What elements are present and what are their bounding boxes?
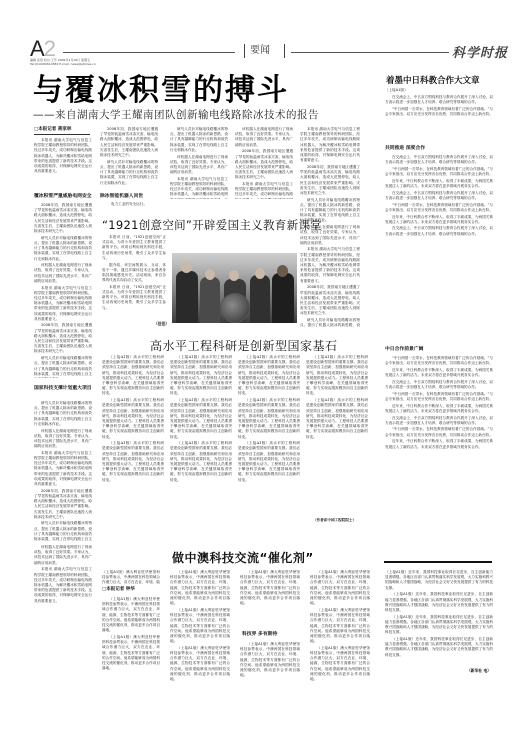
lead-col1-intro: 本报讯 湖南大学电气与信息工程学院王耀南教授领导的科研团队，经过多年攻关，成功研…	[34, 138, 92, 186]
bottom-col-1: （上接A1版）澳大利亚驻华使馆科技参赞表示，中澳两国在科技领域合作潜力巨大，双方…	[102, 597, 160, 681]
right-article-body-1: 在交流会上，中日双方围绕科技与教育合作展开了深入讨论，双方表示将进一步加强在人才…	[385, 155, 493, 315]
bottom-article-subhead: 科技界 多有期待	[242, 631, 277, 638]
lead-section-head-3: 除冰智能机器人问世	[100, 193, 143, 200]
bottom-right-credit: （新华社 电）	[467, 668, 491, 674]
page-meta: 编辑 张思 校对 王芳 2009年1月16日 星期五 Tel:(010)8261…	[30, 58, 150, 66]
section-divider-left	[244, 44, 245, 58]
bottom-col-2: （上接A1版）澳大利亚驻华使馆科技参赞表示，中澳两国在科技领域合作潜力巨大，双方…	[170, 570, 230, 682]
photo-head-5	[277, 265, 288, 277]
photo-person-4	[250, 275, 270, 323]
lead-col1-body: 2008年初，我国南方地区遭遇了罕见的低温雨雪冰冻灾害，输电线路大面积覆冰，造成…	[34, 203, 92, 378]
lead-subheadline: ——来自湖南大学王耀南团队创新输电线路除冰技术的报告	[33, 108, 319, 122]
center-col-4: （上接A1版）高水平的工程科研是建设创新型国家的重要支撑。我们必须坚持自主创新，…	[306, 355, 368, 515]
photo-credit: （佳佳）	[154, 321, 169, 327]
photo-story-headline: “1921创意空间”开辟爱国主义教育新课堂	[102, 217, 322, 233]
section-divider-right	[284, 44, 285, 58]
photo-head-3	[229, 270, 239, 281]
right-article-headline: 着墨中日科教合作大文章	[386, 74, 480, 86]
event-photo	[172, 253, 297, 323]
photo-head-2	[205, 269, 215, 280]
photo-globe-prop	[220, 293, 250, 323]
center-col-1: （上接A1版）高水平的工程科研是建设创新型国家的重要支撑。我们必须坚持自主创新，…	[102, 355, 164, 537]
lead-caption-line: 电力工业的安全运行。	[104, 202, 158, 208]
lead-col2: 2008年初，我国南方地区遭遇了罕见的低温雨雪冰冻灾害，输电线路大面积覆冰，造成…	[100, 127, 158, 187]
masthead-logo: 科学时报	[452, 42, 508, 61]
meta-line-2: Tel:(010)82614582 E-mail: news@stimes.cn	[30, 62, 150, 66]
right-article-body-2: “中日两国一衣带水，在科技教育领域有着广泛的合作基础。”与会专家指出，双方应充分…	[385, 356, 493, 556]
center-col-3: （上接A1版）高水平的工程科研是建设创新型国家的重要支撑。我们必须坚持自主创新，…	[238, 355, 300, 537]
header-rule-right	[291, 52, 449, 53]
photo-person-2	[200, 277, 220, 323]
lead-col3: 研究人员针对输电线路覆冰的特点，提出了机器人除冰的新思路，设计了具有越障能力的行…	[170, 127, 228, 199]
bottom-col-3: （上接A1版）澳大利亚驻华使馆科技参赞表示，中澳两国在科技领域合作潜力巨大，双方…	[240, 570, 300, 612]
right-article-subhead-1: 共同推进 深度合作	[385, 145, 425, 152]
byline-rule	[34, 134, 90, 135]
bottom-article-headline: 做中澳科技交流“催化剂”	[172, 549, 314, 566]
right-article-subhead-2: 中日合作前景广阔	[385, 346, 423, 353]
lead-col1-body-3: 该机器人在湖南电网进行了现场试验，取得了良好效果。专家认为，该技术达到了国际先进…	[34, 545, 92, 610]
lead-headline: 与覆冰积雪的搏斗	[33, 74, 289, 108]
lead-section-head-2: 国家科技支撑计划重大项目	[34, 386, 92, 392]
center-article-author: （作者系中国工程院院士）	[306, 518, 368, 534]
bottom-right-article-body: （上接A1版）近年来，我国科技事业取得长足进步，自主创新能力显著增强。各地区各部…	[385, 570, 493, 666]
bottom-article-byline: □本报记者 钟华	[102, 587, 135, 593]
lead-byline: □本报记者 蒋家林	[34, 127, 71, 133]
photo-story-text: 本报讯 日前，“1921创意空间”正式启动，为青少年爱国主义教育提供了新的平台。…	[102, 235, 166, 325]
center-col-2: （上接A1版）高水平的工程科研是建设创新型国家的重要支撑。我们必须坚持自主创新，…	[170, 355, 232, 537]
center-article-headline: 高水平工程科研是创新型国家基石	[150, 337, 338, 354]
bottom-col-3b: （上接A1版）澳大利亚驻华使馆科技参赞表示，中澳两国在科技领域合作潜力巨大，双方…	[240, 642, 300, 682]
photo-person-1	[176, 271, 198, 323]
section-label: 要闻	[250, 44, 270, 58]
header-rule-left	[63, 52, 235, 53]
photo-person-5	[272, 273, 294, 323]
lead-col1-body-2: 研究人员针对输电线路覆冰的特点，提出了机器人除冰的新思路，设计了具有越障能力的行…	[34, 401, 92, 541]
page-number: A2	[30, 38, 55, 60]
lead-col4: 该机器人在湖南电网进行了现场试验，取得了良好效果。专家认为，该技术达到了国际先进…	[235, 127, 293, 199]
photo-head-4	[255, 268, 265, 279]
bottom-col-4: （上接A1版）澳大利亚驻华使馆科技参赞表示，中澳两国在科技领域合作潜力巨大，双方…	[310, 570, 370, 682]
bottom-article-lead: （上接A1版）澳大利亚驻华使馆科技参赞表示，中澳两国在科技领域合作潜力巨大，双方…	[102, 570, 160, 584]
right-article-intro: （上接A1版）在交流会上，中日双方围绕科技与教育合作展开了深入讨论，双方表示将进…	[385, 88, 493, 148]
lead-section-head-1: 覆冰积雪严重威胁电网安全	[34, 193, 92, 200]
right-column-divider	[384, 561, 492, 563]
photo-head-1	[181, 261, 192, 273]
